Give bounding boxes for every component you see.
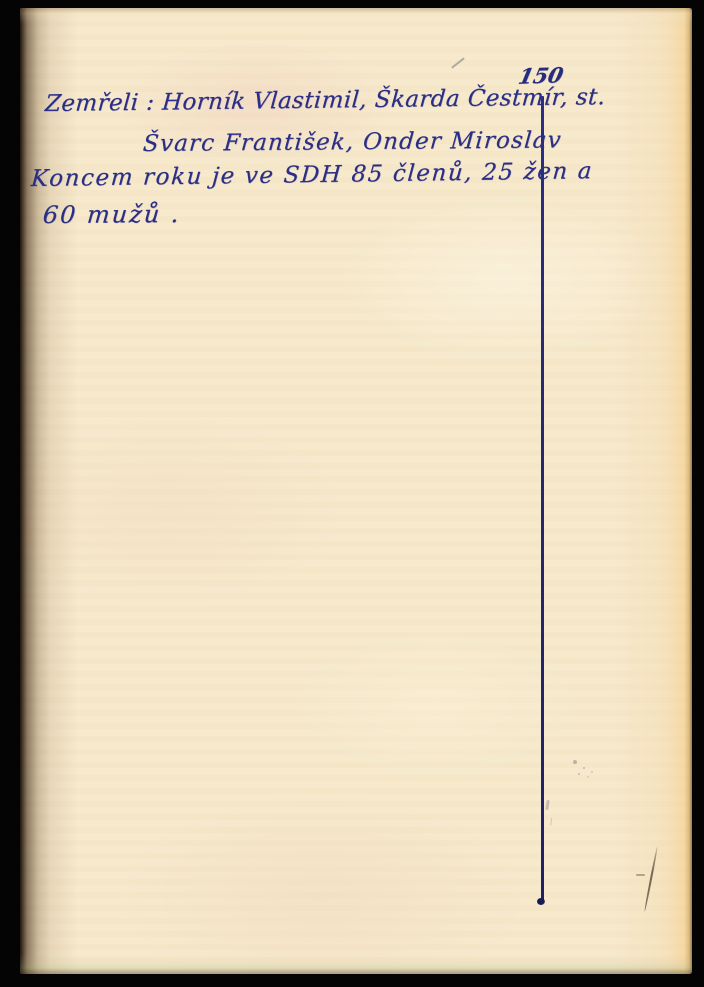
page-gutter-shadow — [20, 8, 80, 974]
smudge-mark — [573, 760, 577, 764]
stray-ink-stroke — [451, 57, 465, 68]
margin-rule-line — [541, 96, 544, 902]
smudge-mark — [545, 800, 549, 810]
ink-dot — [537, 898, 545, 905]
handwritten-line-4: 60 mužů . — [42, 200, 182, 229]
page-right-edge — [612, 8, 692, 974]
page-top-edge — [20, 8, 692, 24]
page-bottom-edge — [20, 954, 692, 974]
document-page: 150 Zemřeli : Horník Vlastimil, Škarda Č… — [20, 8, 692, 974]
hair-artifact-tick — [636, 874, 645, 876]
handwritten-line-1: Zemřeli : Horník Vlastimil, Škarda Čestm… — [44, 84, 606, 117]
scan-background: 150 Zemřeli : Horník Vlastimil, Škarda Č… — [0, 0, 704, 987]
handwritten-line-2: Švarc František, Onder Miroslav — [142, 127, 563, 157]
handwritten-line-3: Koncem roku je ve SDH 85 členů, 25 žen a — [30, 158, 594, 192]
